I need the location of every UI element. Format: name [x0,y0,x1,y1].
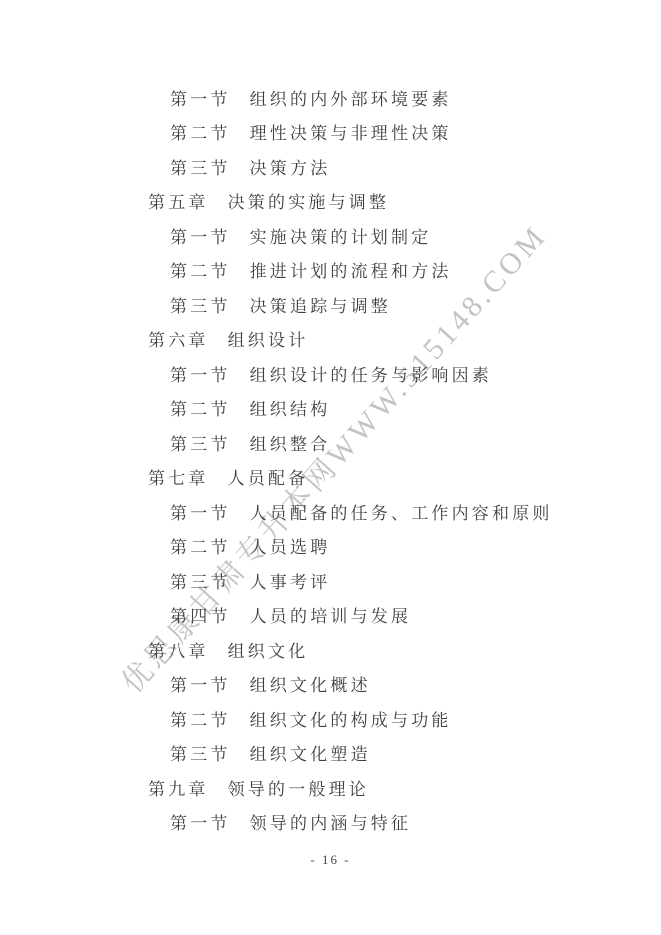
toc-entry-title: 组织整合 [250,430,331,455]
toc-section-line: 第二节理性决策与非理性决策 [0,115,661,150]
toc-entry-title: 组织设计的任务与影响因素 [250,361,492,386]
toc-entry-label: 第八章 [148,637,209,662]
toc-section-line: 第一节领导的内涵与特征 [0,805,661,840]
toc-section-line: 第一节组织文化概述 [0,667,661,702]
toc-chapter-line: 第六章组织设计 [0,322,661,357]
toc-entry-label: 第九章 [148,775,209,800]
toc-section-line: 第一节人员配备的任务、工作内容和原则 [0,494,661,529]
toc-entry-title: 理性决策与非理性决策 [250,119,452,144]
toc-section-line: 第三节人事考评 [0,563,661,598]
toc-entry-label: 第三节 [170,154,231,179]
toc-entry-title: 组织设计 [228,326,309,351]
toc-entry-title: 组织文化 [228,637,309,662]
toc-section-line: 第二节组织结构 [0,391,661,426]
toc-entry-label: 第五章 [148,188,209,213]
toc-entry-label: 第一节 [170,499,231,524]
toc-chapter-line: 第九章领导的一般理论 [0,770,661,805]
toc-entry-title: 实施决策的计划制定 [250,223,432,248]
toc-section-line: 第三节决策方法 [0,149,661,184]
toc-entry-label: 第二节 [170,533,231,558]
toc-entry-title: 人员的培训与发展 [250,602,412,627]
toc-entry-label: 第四节 [170,602,231,627]
toc-section-line: 第四节人员的培训与发展 [0,598,661,633]
toc-entry-label: 第一节 [170,223,231,248]
toc-entry-label: 第六章 [148,326,209,351]
toc-entry-label: 第二节 [170,706,231,731]
toc-entry-title: 组织的内外部环境要素 [250,85,452,110]
toc-section-line: 第二节组织文化的构成与功能 [0,701,661,736]
toc-section-line: 第三节组织整合 [0,425,661,460]
toc-entry-title: 领导的内涵与特征 [250,809,412,834]
toc-section-line: 第三节组织文化塑造 [0,736,661,771]
toc-chapter-line: 第五章决策的实施与调整 [0,184,661,219]
page-number: - 16 - [0,852,661,868]
toc-entry-title: 组织文化的构成与功能 [250,706,452,731]
toc-entry-title: 组织文化概述 [250,671,371,696]
toc-entry-label: 第三节 [170,292,231,317]
toc-chapter-line: 第七章人员配备 [0,460,661,495]
toc-chapter-line: 第八章组织文化 [0,632,661,667]
toc-section-line: 第一节实施决策的计划制定 [0,218,661,253]
toc-entry-label: 第一节 [170,671,231,696]
toc-entry-title: 人员配备 [228,464,309,489]
toc-entry-label: 第一节 [170,85,231,110]
toc-entry-label: 第二节 [170,395,231,420]
toc-entry-title: 决策方法 [250,154,331,179]
toc-section-line: 第一节组织的内外部环境要素 [0,80,661,115]
toc-entry-title: 组织文化塑造 [250,740,371,765]
toc-entry-label: 第二节 [170,119,231,144]
toc-entry-label: 第七章 [148,464,209,489]
toc-entry-label: 第一节 [170,361,231,386]
toc-entry-label: 第二节 [170,257,231,282]
toc-entry-title: 人员配备的任务、工作内容和原则 [250,499,553,524]
toc-entry-title: 人员选聘 [250,533,331,558]
toc-entry-title: 领导的一般理论 [228,775,369,800]
toc-section-line: 第二节推进计划的流程和方法 [0,253,661,288]
toc-entry-title: 决策追踪与调整 [250,292,391,317]
toc-entry-title: 人事考评 [250,568,331,593]
document-page: 优思康甘肃专升本网WWW.515148.COM 第一节组织的内外部环境要素第二节… [0,0,661,935]
toc-section-line: 第一节组织设计的任务与影响因素 [0,356,661,391]
toc-entry-title: 组织结构 [250,395,331,420]
toc-entry-label: 第一节 [170,809,231,834]
table-of-contents: 第一节组织的内外部环境要素第二节理性决策与非理性决策第三节决策方法第五章决策的实… [0,80,661,839]
toc-section-line: 第三节决策追踪与调整 [0,287,661,322]
toc-entry-label: 第三节 [170,740,231,765]
toc-entry-title: 推进计划的流程和方法 [250,257,452,282]
toc-entry-title: 决策的实施与调整 [228,188,390,213]
toc-entry-label: 第三节 [170,430,231,455]
toc-section-line: 第二节人员选聘 [0,529,661,564]
toc-entry-label: 第三节 [170,568,231,593]
